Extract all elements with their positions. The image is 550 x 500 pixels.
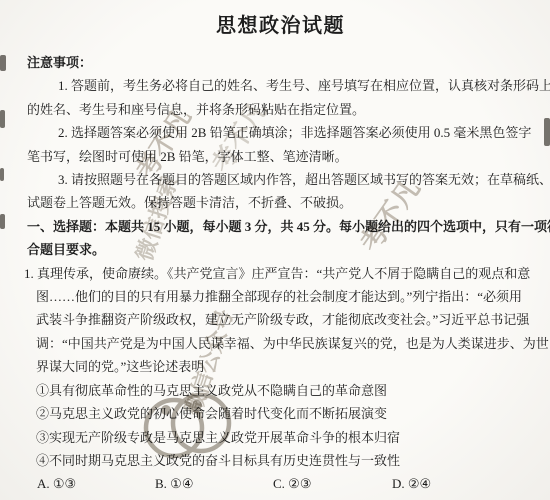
question-1-line-1: 1. 真理传承，使命赓续。《共产党宣言》庄严宣告：“共产党人不屑于隐瞒自己的观点…: [24, 262, 534, 285]
scan-artifact: [0, 110, 5, 128]
question-1-line-5: 界谋大同的党。”这些论述表明: [36, 355, 534, 378]
answer-option-b: B. ①④: [155, 472, 193, 495]
notice-1-line-2: 的姓名、考生号和座号信息，并将条形码粘贴在指定位置。: [27, 98, 534, 121]
answer-option-a: A. ①③: [37, 472, 76, 495]
answer-options-row: A. ①③ B. ①④ C. ②③ D. ②④: [27, 472, 534, 495]
paper-body: 注意事项： 1. 答题前，考生务必将自己的姓名、考生号、座号填写在相应位置，认真…: [27, 51, 534, 496]
scan-artifact: [544, 118, 550, 146]
question-1-statement-3: ③实现无产阶级专政是马克思主义政党开展革命斗争的根本归宿: [36, 426, 534, 449]
scan-artifact: [0, 55, 6, 71]
scan-artifact: [0, 168, 4, 181]
notice-3-line-2: 试题卷上答题无效。保持答题卡清洁，不折叠、不破损。: [27, 191, 534, 214]
section-heading-line-2: 合题目要求。: [27, 238, 534, 261]
answer-option-c: C. ②③: [273, 472, 311, 495]
notice-1-line-1: 1. 答题前，考生务必将自己的姓名、考生号、座号填写在相应位置，认真核对条形码上: [58, 74, 534, 97]
page-title: 思想政治试题: [27, 0, 534, 37]
paper-content: 思想政治试题 注意事项： 1. 答题前，考生务必将自己的姓名、考生号、座号填写在…: [27, 0, 534, 496]
notice-heading: 注意事项：: [27, 51, 534, 74]
scan-artifact: [0, 214, 5, 229]
question-1-statement-4: ④不同时期马克思主义政党的奋斗目标具有历史连贯性与一致性: [36, 449, 534, 472]
question-1-line-4: 调：“中国共产党是为中国人民谋幸福、为中华民族谋复兴的党，也是为人类谋进步、为世: [36, 332, 534, 355]
question-1-statement-2: ②马克思主义政党的初心使命会随着时代变化而不断拓展演变: [36, 402, 534, 425]
notice-3-line-1: 3. 请按照题号在各题目的答题区域内作答，超出答题区域书写的答案无效；在草稿纸、: [58, 168, 534, 191]
question-1-statement-1: ①具有彻底革命性的马克思主义政党从不隐瞒自己的革命意图: [36, 379, 534, 402]
answer-option-d: D. ②④: [392, 472, 431, 495]
notice-2-line-1: 2. 选择题答案必须使用 2B 铅笔正确填涂；非选择题答案必须使用 0.5 毫米…: [58, 121, 534, 144]
question-1-line-3: 武装斗争推翻资产阶级政权，建立无产阶级专政，才能彻底改变社会。”习近平总书记强: [36, 308, 534, 331]
question-1-line-2: 图……他们的目的只有用暴力推翻全部现存的社会制度才能达到。”列宁指出：“必须用: [36, 285, 534, 308]
notice-2-line-2: 笔书写，绘图时可使用 2B 铅笔，字体工整、笔迹清晰。: [27, 145, 534, 168]
exam-paper-scan: 思想政治试题 注意事项： 1. 答题前，考生务必将自己的姓名、考生号、座号填写在…: [0, 0, 550, 500]
section-heading-line-1: 一、选择题：本题共 15 小题，每小题 3 分，共 45 分。每小题给出的四个选…: [27, 215, 534, 238]
